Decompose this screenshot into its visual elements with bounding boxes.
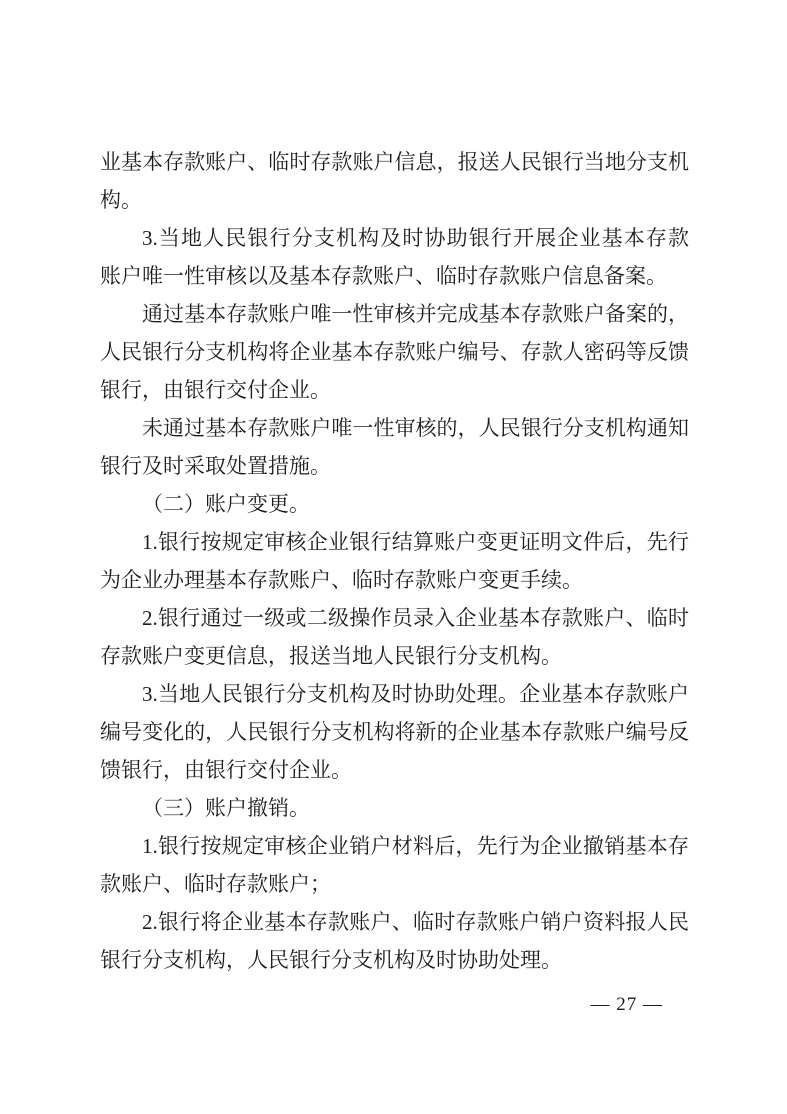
document-line: 1.银行按规定审核企业销户材料后，先行为企业撤销基本存 [100, 827, 689, 865]
document-line: 银行，由银行交付企业。 [100, 371, 689, 409]
document-line: 存款账户变更信息，报送当地人民银行分支机构。 [100, 637, 689, 675]
document-line: （三）账户撤销。 [100, 789, 689, 827]
document-line: 馈银行，由银行交付企业。 [100, 751, 689, 789]
document-line: 3.当地人民银行分支机构及时协助处理。企业基本存款账户 [100, 675, 689, 713]
document-line: 人民银行分支机构将企业基本存款账户编号、存款人密码等反馈 [100, 333, 689, 371]
document-body-text: 业基本存款账户、临时存款账户信息，报送人民银行当地分支机构。3.当地人民银行分支… [100, 143, 689, 979]
document-line: 2.银行通过一级或二级操作员录入企业基本存款账户、临时 [100, 599, 689, 637]
document-line: （二）账户变更。 [100, 485, 689, 523]
document-line: 2.银行将企业基本存款账户、临时存款账户销户资料报人民 [100, 903, 689, 941]
document-line: 未通过基本存款账户唯一性审核的，人民银行分支机构通知 [100, 409, 689, 447]
page-number: — 27 — [591, 993, 664, 1017]
document-line: 1.银行按规定审核企业银行结算账户变更证明文件后，先行 [100, 523, 689, 561]
document-page: 业基本存款账户、临时存款账户信息，报送人民银行当地分支机构。3.当地人民银行分支… [0, 0, 787, 1114]
document-line: 3.当地人民银行分支机构及时协助银行开展企业基本存款 [100, 219, 689, 257]
document-line: 构。 [100, 181, 689, 219]
document-line: 为企业办理基本存款账户、临时存款账户变更手续。 [100, 561, 689, 599]
document-line: 通过基本存款账户唯一性审核并完成基本存款账户备案的， [100, 295, 689, 333]
document-line: 业基本存款账户、临时存款账户信息，报送人民银行当地分支机 [100, 143, 689, 181]
document-line: 银行分支机构，人民银行分支机构及时协助处理。 [100, 941, 689, 979]
document-line: 银行及时采取处置措施。 [100, 447, 689, 485]
document-line: 编号变化的，人民银行分支机构将新的企业基本存款账户编号反 [100, 713, 689, 751]
document-line: 账户唯一性审核以及基本存款账户、临时存款账户信息备案。 [100, 257, 689, 295]
document-line: 款账户、临时存款账户； [100, 865, 689, 903]
